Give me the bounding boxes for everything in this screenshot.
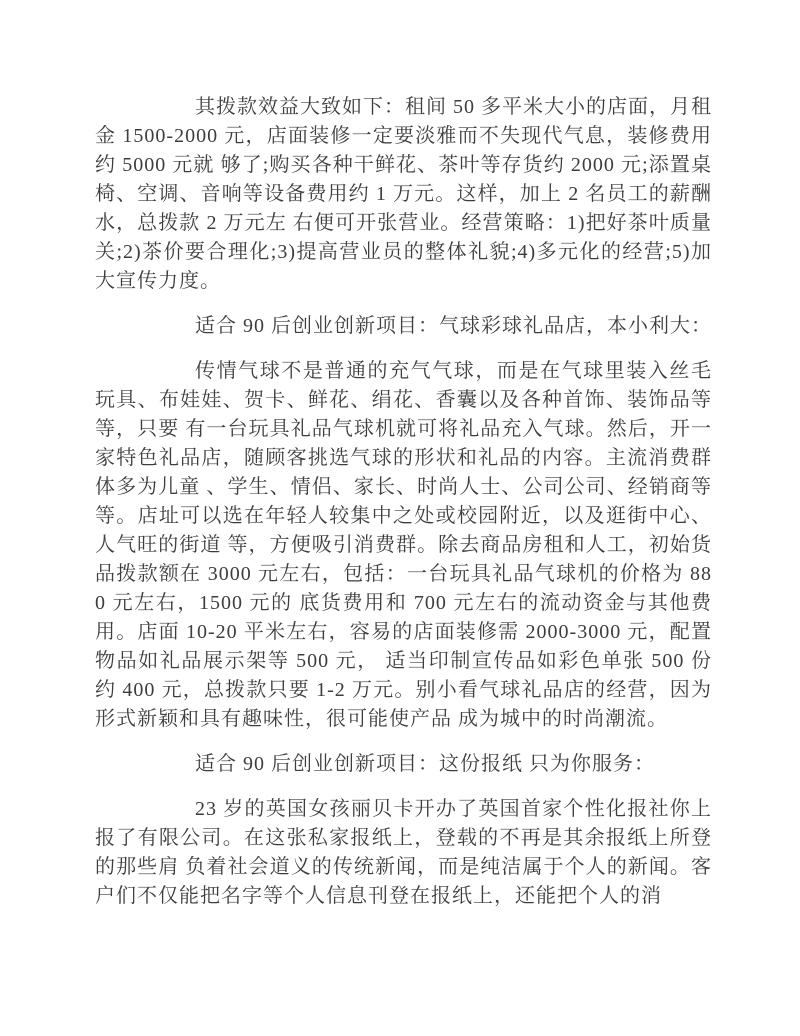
heading-balloon-gift-shop: 适合 90 后创业创新项目：气球彩球礼品店，本小利大： [95, 312, 712, 341]
paragraph-tea-shop-funding: 其拨款效益大致如下：租间 50 多平米大小的店面，月租金 1500-2000 元… [95, 93, 712, 296]
document-page: 其拨款效益大致如下：租间 50 多平米大小的店面，月租金 1500-2000 元… [0, 0, 800, 1036]
paragraph-personal-newspaper: 23 岁的英国女孩丽贝卡开办了英国首家个性化报社你上报了有限公司。在这张私家报纸… [95, 795, 712, 911]
paragraph-balloon-gift-shop: 传情气球不是普通的充气气球，而是在气球里装入丝毛玩具、布娃娃、贺卡、鲜花、绢花、… [95, 357, 712, 734]
heading-personal-newspaper: 适合 90 后创业创新项目：这份报纸 只为你服务： [95, 750, 712, 779]
